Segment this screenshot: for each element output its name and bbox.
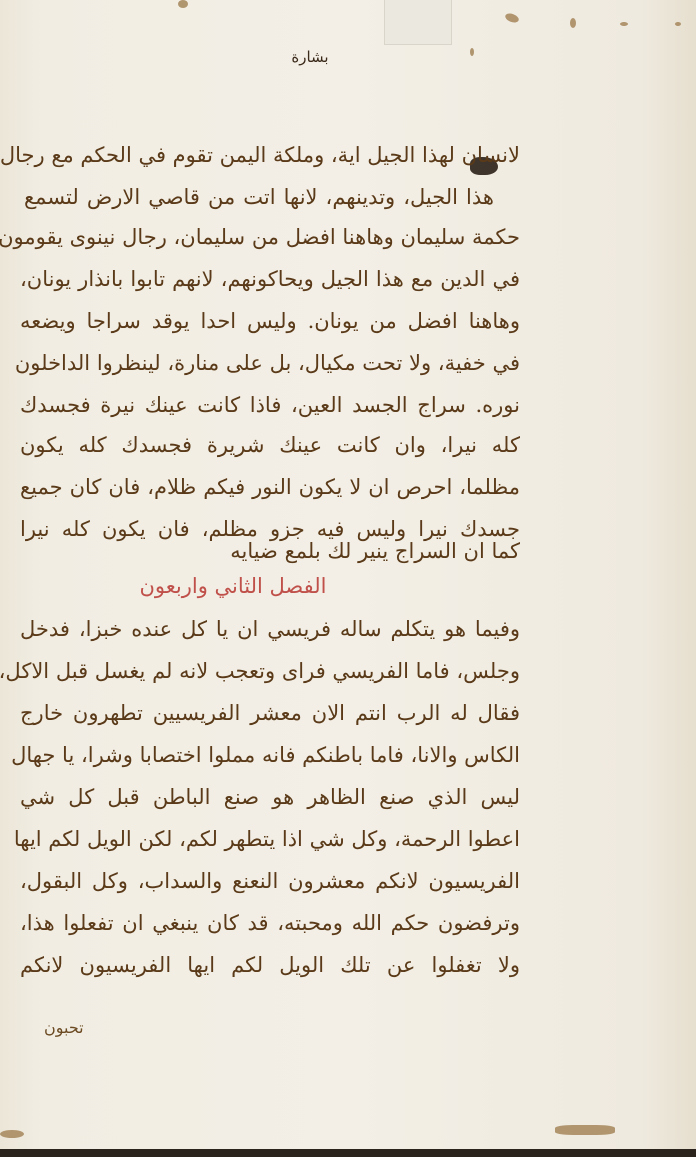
- stain: [504, 12, 520, 24]
- manuscript-page: بشارة لانسان لهذا الجيل اية، وملكة اليمن…: [0, 0, 696, 1157]
- text-line: في خفية، ولا تحت مكيال، بل على منارة، لي…: [20, 348, 520, 378]
- text-line: وهاهنا افضل من يونان. وليس احدا يوقد سرا…: [20, 306, 520, 336]
- running-title: بشارة: [280, 48, 340, 66]
- text-line: كما ان السراج ينير لك بلمع ضيايه: [20, 536, 520, 566]
- catchword: تحبون: [44, 1018, 84, 1037]
- text-line: كله نيرا، وان كانت عينك شريرة فجسدك كله …: [20, 430, 520, 460]
- text-line: اعطوا الرحمة، وكل شي اذا يتطهر لكم، لكن …: [20, 824, 520, 854]
- repair-tape: [384, 0, 452, 45]
- text-line: نوره. سراج الجسد العين، فاذا كانت عينك ن…: [20, 390, 520, 420]
- stain: [470, 48, 474, 56]
- chapter-heading: الفصل الثاني واربعون: [0, 574, 696, 598]
- text-line: ليس الذي صنع الظاهر هو صنع الباطن قبل كل…: [20, 782, 520, 812]
- text-line: الفريسيون لانكم معشرون النعنع والسداب، و…: [20, 866, 520, 896]
- text-line: حكمة سليمان وهاهنا افضل من سليمان، رجال …: [20, 222, 520, 252]
- text-line: هذا الجيل، وتدينهم، لانها اتت من قاصي ال…: [24, 182, 494, 212]
- text-line: وجلس، فاما الفريسي فراى وتعجب لانه لم يغ…: [20, 656, 520, 686]
- text-line: في الدين مع هذا الجيل ويحاكونهم، لانهم ت…: [20, 264, 520, 294]
- text-line: ولا تغفلوا عن تلك الويل لكم ايها الفريسي…: [20, 950, 520, 980]
- stain: [0, 1130, 24, 1138]
- chapter-heading-text: الفصل الثاني واربعون: [139, 574, 326, 598]
- text-line: وفيما هو يتكلم ساله فريسي ان يا كل عنده …: [20, 614, 520, 644]
- page-edge: [0, 1149, 696, 1157]
- text-line: فقال له الرب انتم الان معشر الفريسيين تط…: [20, 698, 520, 728]
- text-line: مظلما، احرص ان لا يكون النور فيكم ظلام، …: [20, 472, 520, 502]
- stain: [570, 18, 576, 28]
- stain: [178, 0, 188, 8]
- stain: [675, 22, 681, 26]
- text-line: لانسان لهذا الجيل اية، وملكة اليمن تقوم …: [20, 140, 520, 170]
- text-line: الكاس والانا، فاما باطنكم فانه مملوا اخت…: [20, 740, 520, 770]
- stain: [620, 22, 628, 26]
- stain: [555, 1125, 615, 1135]
- text-line: وترفضون حكم الله ومحبته، قد كان ينبغي ان…: [20, 908, 520, 938]
